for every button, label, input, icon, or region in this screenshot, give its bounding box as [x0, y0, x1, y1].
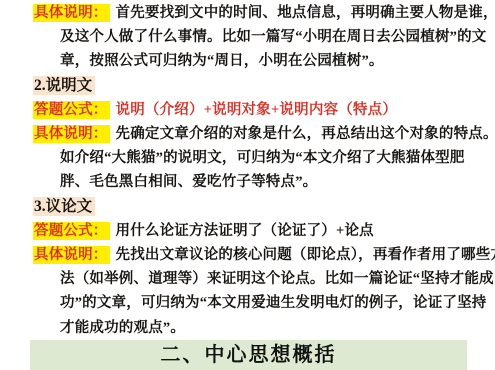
formula2-label: 答题公式：: [33, 101, 110, 119]
formula3-label: 答题公式：: [33, 222, 110, 240]
formula2-text: 说明（介绍）+说明对象+说明内容（特点）: [116, 102, 398, 118]
section2-heading-row: 2.说明文: [33, 74, 470, 98]
detail1-line1: 具体说明：首先要找到文中的时间、地点信息，再明确主要人物是谁，以: [33, 1, 470, 25]
detail3-text1: 先找出文章议论的核心问题（即论点），再看作者用了哪些方: [116, 247, 495, 263]
detail1-text1: 首先要找到文中的时间、地点信息，再明确主要人物是谁，以: [116, 5, 495, 21]
document-page: 具体说明：首先要找到文中的时间、地点信息，再明确主要人物是谁，以 及这个人做了什…: [0, 0, 495, 370]
detail2-label: 具体说明：: [33, 125, 110, 143]
detail3-line4: 才能成功的观点”。: [33, 316, 470, 340]
section3-heading-row: 3.议论文: [33, 195, 470, 219]
formula3-text: 用什么论证方法证明了（论证了）+论点: [116, 223, 374, 239]
detail1-label: 具体说明：: [33, 4, 110, 22]
detail3-line1: 具体说明：先找出文章议论的核心问题（即论点），再看作者用了哪些方: [33, 243, 470, 267]
detail3-line2: 法（如举例、道理等）来证明这个论点。比如一篇论证“坚持才能成: [33, 267, 470, 291]
formula3-line: 答题公式：用什么论证方法证明了（论证了）+论点: [33, 219, 470, 243]
detail2-line2: 如介绍“大熊猫”的说明文，可归纳为“本文介绍了大熊猫体型肥: [33, 146, 470, 170]
detail1-line3: 章，按照公式可归纳为“周日，小明在公园植树”。: [33, 49, 470, 73]
detail2-line1: 具体说明：先确定文章介绍的对象是什么，再总结出这个对象的特点。例: [33, 122, 470, 146]
section3-heading: 3.议论文: [33, 197, 95, 216]
detail3-label: 具体说明：: [33, 246, 110, 264]
detail2-line3: 胖、毛色黑白相间、爱吃竹子等特点”。: [33, 170, 470, 194]
formula2-line: 答题公式：说明（介绍）+说明对象+说明内容（特点）: [33, 98, 470, 122]
detail3-line3: 功”的文章，可归纳为“本文用爱迪生发明电灯的例子，论证了坚持: [33, 291, 470, 315]
detail1-line2: 及这个人做了什么事情。比如一篇写“小明在周日去公园植树”的文: [33, 25, 470, 49]
section-banner: 二、中心思想概括: [30, 340, 467, 370]
section2-heading: 2.说明文: [33, 76, 95, 95]
detail2-text1: 先确定文章介绍的对象是什么，再总结出这个对象的特点。例: [116, 126, 495, 142]
